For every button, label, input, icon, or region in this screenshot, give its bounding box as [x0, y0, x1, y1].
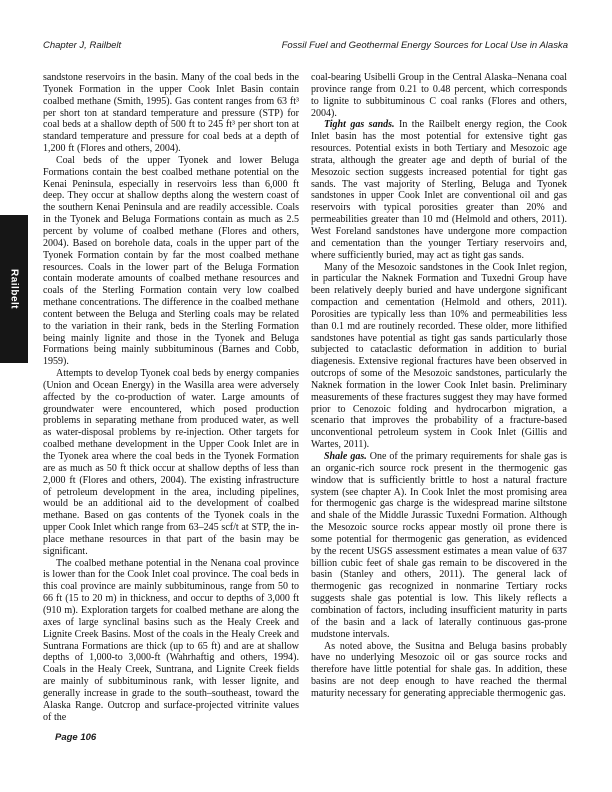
- page-body: sandstone reservoirs in the basin. Many …: [43, 72, 567, 723]
- running-header-chapter: Chapter J, Railbelt: [43, 40, 121, 51]
- side-tab-label: Railbelt: [9, 269, 20, 309]
- paragraph: Coal beds of the upper Tyonek and lower …: [43, 155, 299, 368]
- page-number: Page 106: [55, 732, 96, 743]
- paragraph: As noted above, the Susitna and Beluga b…: [311, 641, 567, 700]
- paragraph-lead: Shale gas.: [324, 451, 370, 462]
- paragraph: Tight gas sands. In the Railbelt energy …: [311, 119, 567, 261]
- paragraph: Many of the Mesozoic sandstones in the C…: [311, 262, 567, 452]
- paragraph: sandstone reservoirs in the basin. Many …: [43, 72, 299, 155]
- chapter-side-tab: Railbelt: [0, 215, 28, 363]
- paragraph: coal-bearing Usibelli Group in the Centr…: [311, 72, 567, 119]
- running-header: Chapter J, Railbelt Fossil Fuel and Geot…: [43, 40, 568, 51]
- paragraph: Attempts to develop Tyonek coal beds by …: [43, 368, 299, 558]
- right-column: coal-bearing Usibelli Group in the Centr…: [311, 72, 567, 723]
- paragraph: Shale gas. One of the primary requiremen…: [311, 451, 567, 641]
- left-column: sandstone reservoirs in the basin. Many …: [43, 72, 299, 723]
- paragraph: The coalbed methane potential in the Nen…: [43, 558, 299, 724]
- running-header-title: Fossil Fuel and Geothermal Energy Source…: [282, 40, 568, 51]
- paragraph-lead: Tight gas sands.: [324, 119, 399, 130]
